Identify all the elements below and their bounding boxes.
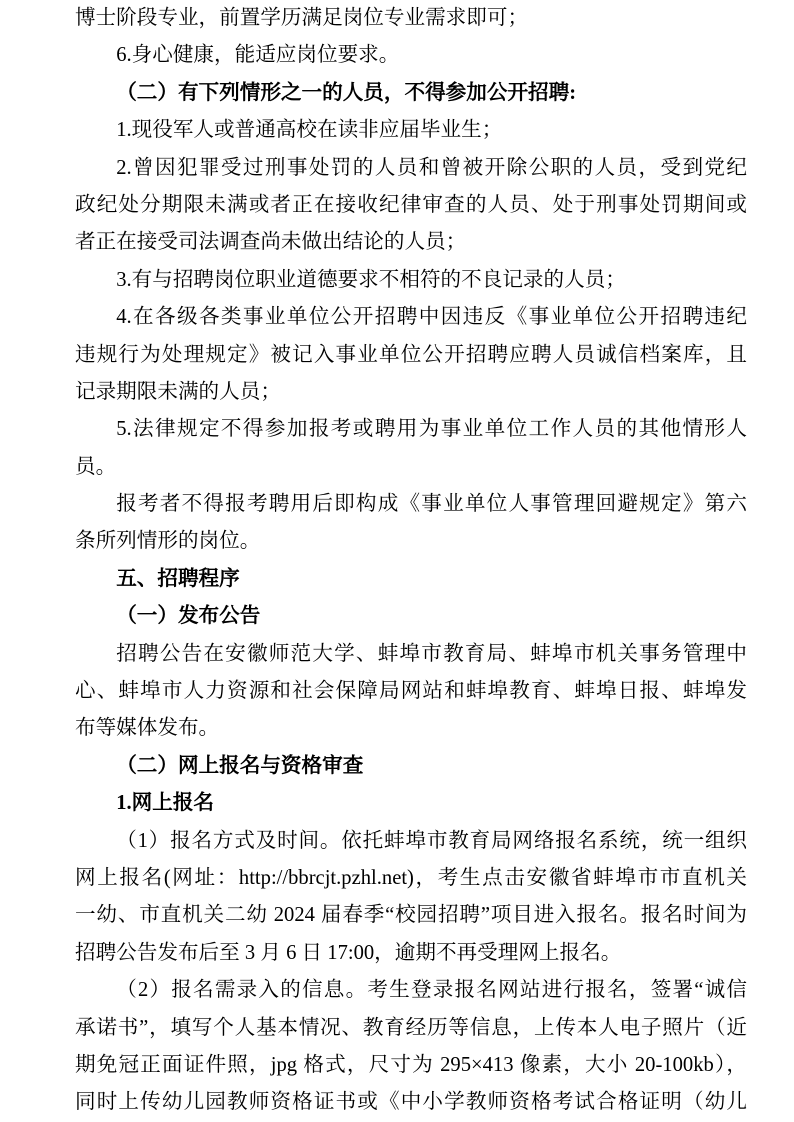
heading-publish-announcement: （一）发布公告 [75,598,747,635]
doc-line-registration-url: 网上报名(网址：http://bbrcjt.pzhl.net)，考生点击安徽省蚌… [75,860,747,897]
doc-line: 1.现役军人或普通高校在读非应届毕业生； [75,112,747,149]
doc-line: 员。 [75,449,747,486]
doc-line: 违规行为处理规定》被记入事业单位公开招聘应聘人员诚信档案库，且 [75,337,747,374]
doc-line: 一幼、市直机关二幼 2024 届春季“校园招聘”项目进入报名。报名时间为 [75,897,747,934]
doc-line: （2）报名需录入的信息。考生登录报名网站进行报名，签署“诚信 [75,972,747,1009]
doc-line-continued: 博士阶段专业，前置学历满足岗位专业需求即可； [75,0,747,37]
doc-line: 政纪处分期限未满或者正在接收纪律审查的人员、处于刑事处罚期间或 [75,187,747,224]
doc-line: 条所列情形的岗位。 [75,523,747,560]
doc-line: 同时上传幼儿园教师资格证书或《中小学教师资格考试合格证明（幼儿 [75,1084,747,1121]
doc-line: （1）报名方式及时间。依托蚌埠市教育局网络报名系统，统一组织 [75,823,747,860]
doc-line: 报考者不得报考聘用后即构成《事业单位人事管理回避规定》第六 [75,486,747,523]
doc-line: 5.法律规定不得参加报考或聘用为事业单位工作人员的其他情形人 [75,411,747,448]
heading-online-registration-and-review: （二）网上报名与资格审查 [75,748,747,785]
doc-line: 3.有与招聘岗位职业道德要求不相符的不良记录的人员； [75,262,747,299]
doc-line: 记录期限未满的人员； [75,374,747,411]
doc-line-photo-specs: 期免冠正面证件照，jpg 格式，尺寸为 295×413 像素，大小 20-100… [75,1047,747,1084]
doc-line: 6.身心健康，能适应岗位要求。 [75,37,747,74]
doc-line: 承诺书”，填写个人基本情况、教育经历等信息，上传本人电子照片（近 [75,1010,747,1047]
heading-online-registration: 1.网上报名 [75,785,747,822]
doc-line: 布等媒体发布。 [75,710,747,747]
doc-line: 招聘公告在安徽师范大学、蚌埠市教育局、蚌埠市机关事务管理中 [75,636,747,673]
document-body: 博士阶段专业，前置学历满足岗位专业需求即可； 6.身心健康，能适应岗位要求。 （… [75,0,747,1122]
document-page: 博士阶段专业，前置学历满足岗位专业需求即可； 6.身心健康，能适应岗位要求。 （… [0,0,794,1122]
heading-ineligible-persons: （二）有下列情形之一的人员，不得参加公开招聘: [75,75,747,112]
doc-line: 2.曾因犯罪受过刑事处罚的人员和曾被开除公职的人员，受到党纪 [75,150,747,187]
doc-line: 心、蚌埠市人力资源和社会保障局网站和蚌埠教育、蚌埠日报、蚌埠发 [75,673,747,710]
heading-recruitment-procedure: 五、招聘程序 [75,561,747,598]
doc-line: 4.在各级各类事业单位公开招聘中因违反《事业单位公开招聘违纪 [75,299,747,336]
doc-line-deadline: 招聘公告发布后至 3 月 6 日 17:00，逾期不再受理网上报名。 [75,935,747,972]
doc-line: 者正在接受司法调查尚未做出结论的人员； [75,224,747,261]
